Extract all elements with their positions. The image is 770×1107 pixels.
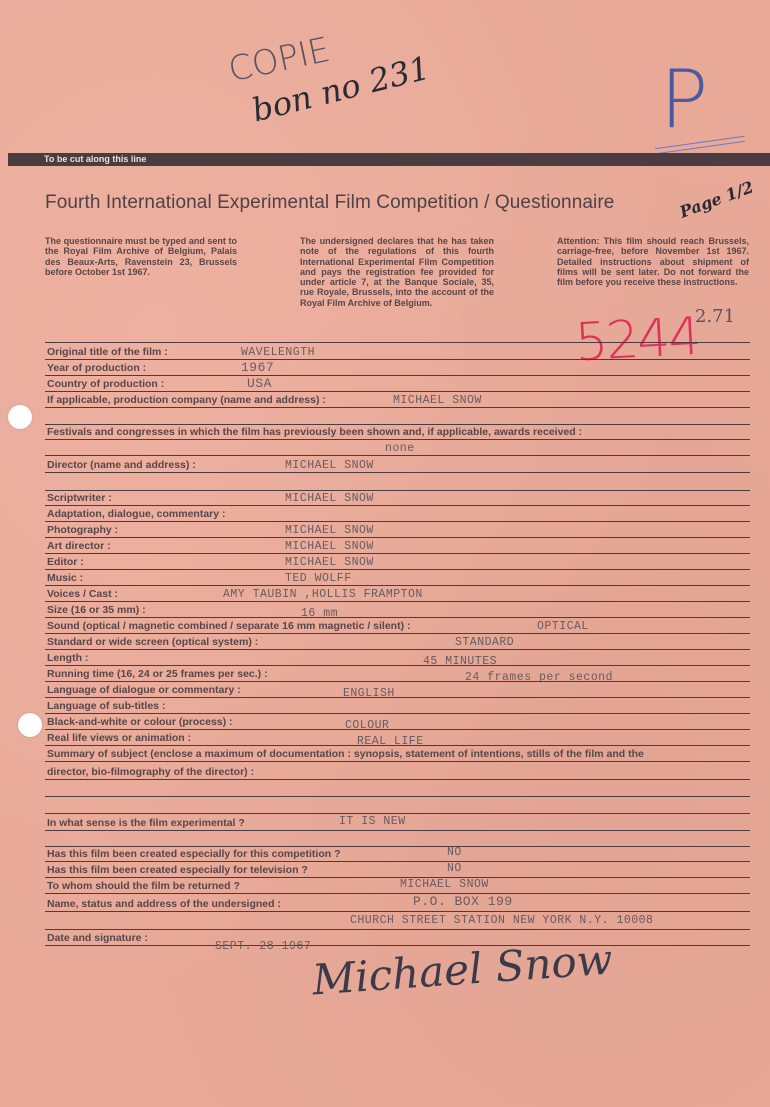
field-label: Language of dialogue or commentary : (47, 684, 241, 696)
field-label: Year of production : (47, 362, 146, 374)
notice-declaration: The undersigned declares that he has tak… (300, 236, 494, 308)
page-title: Fourth International Experimental Film C… (45, 192, 614, 214)
field-value: CHURCH STREET STATION NEW YORK N.Y. 1000… (350, 914, 653, 927)
field-label: Name, status and address of the undersig… (47, 898, 281, 910)
field-language-subtitles[interactable]: Language of sub-titles : (45, 698, 750, 714)
field-value: NO (447, 862, 462, 875)
field-value: none (385, 442, 415, 455)
field-label: Sound (optical / magnetic combined / sep… (47, 620, 411, 632)
field-label: Festivals and congresses in which the fi… (47, 426, 582, 438)
summary-blank-line (45, 796, 750, 797)
field-label: Country of production : (47, 378, 164, 390)
field-festivals[interactable]: Festivals and congresses in which the fi… (45, 424, 750, 440)
field-production-company[interactable]: If applicable, production company (name … (45, 392, 750, 408)
field-for-television[interactable]: Has this film been created especially fo… (45, 862, 750, 878)
field-festivals-value-line[interactable]: none (45, 440, 750, 456)
field-value: NO (447, 846, 462, 859)
field-value: SEPT. 28 1967 (215, 940, 311, 953)
field-scriptwriter[interactable]: Scriptwriter : MICHAEL SNOW (45, 490, 750, 506)
punch-hole-bottom (18, 713, 42, 737)
field-value: OPTICAL (537, 620, 589, 633)
field-label: Has this film been created especially fo… (47, 848, 341, 860)
field-year[interactable]: Year of production : 1967 (45, 360, 750, 376)
notice-attention: Attention: This film should reach Brusse… (557, 236, 749, 287)
field-undersigned[interactable]: Name, status and address of the undersig… (45, 894, 750, 912)
pencil-number: 2.71 (695, 306, 735, 327)
field-photography[interactable]: Photography : MICHAEL SNOW (45, 522, 750, 538)
field-label: Music : (47, 572, 83, 584)
field-value: 1967 (241, 360, 274, 375)
field-label: Size (16 or 35 mm) : (47, 604, 146, 616)
field-value: WAVELENGTH (241, 346, 315, 359)
field-value: MICHAEL SNOW (285, 524, 374, 537)
field-value: IT IS NEW (339, 815, 406, 828)
field-label: Art director : (47, 540, 111, 552)
field-label: Original title of the film : (47, 346, 168, 358)
cut-line-text: To be cut along this line (44, 154, 146, 164)
field-label: Photography : (47, 524, 118, 536)
field-size[interactable]: Size (16 or 35 mm) : 16 mm (45, 602, 750, 618)
field-label: To whom should the film be returned ? (47, 880, 240, 892)
field-label: Length : (47, 652, 88, 664)
page-number-annotation: Page 1/2 (677, 177, 756, 221)
field-adaptation[interactable]: Adaptation, dialogue, commentary : (45, 506, 750, 522)
field-return-to[interactable]: To whom should the film be returned ? MI… (45, 878, 750, 894)
field-label: Scriptwriter : (47, 492, 112, 504)
field-music[interactable]: Music : TED WOLFF (45, 570, 750, 586)
field-label: Has this film been created especially fo… (47, 864, 308, 876)
field-sound[interactable]: Sound (optical / magnetic combined / sep… (45, 618, 750, 634)
corner-p-mark: P (660, 60, 708, 140)
field-original-title[interactable]: Original title of the film : WAVELENGTH (45, 344, 750, 360)
field-voices-cast[interactable]: Voices / Cast : AMY TAUBIN ,HOLLIS FRAMP… (45, 586, 750, 602)
field-label: Adaptation, dialogue, commentary : (47, 508, 226, 520)
field-label: In what sense is the film experimental ? (47, 817, 245, 829)
field-value: MICHAEL SNOW (393, 394, 482, 407)
field-value: MICHAEL SNOW (285, 492, 374, 505)
field-value: MICHAEL SNOW (285, 459, 374, 472)
field-for-competition[interactable]: Has this film been created especially fo… (45, 846, 750, 862)
field-real-life[interactable]: Real life views or animation : REAL LIFE (45, 730, 750, 746)
field-value: STANDARD (455, 636, 514, 649)
field-label: Voices / Cast : (47, 588, 118, 600)
field-label: Running time (16, 24 or 25 frames per se… (47, 668, 268, 680)
field-colour[interactable]: Black-and-white or colour (process) : CO… (45, 714, 750, 730)
field-art-director[interactable]: Art director : MICHAEL SNOW (45, 538, 750, 554)
field-value: AMY TAUBIN ,HOLLIS FRAMPTON (223, 588, 423, 601)
field-country[interactable]: Country of production : USA (45, 376, 750, 392)
field-undersigned-address-line[interactable]: CHURCH STREET STATION NEW YORK N.Y. 1000… (45, 912, 750, 930)
field-value: MICHAEL SNOW (400, 878, 489, 891)
field-date-signature[interactable]: Date and signature : SEPT. 28 1967 (45, 930, 750, 946)
field-label: Black-and-white or colour (process) : (47, 716, 233, 728)
notice-submission: The questionnaire must be typed and sent… (45, 236, 237, 277)
punch-hole-top (8, 405, 32, 429)
field-running-time[interactable]: Running time (16, 24 or 25 frames per se… (45, 666, 750, 682)
field-summary-line1[interactable]: Summary of subject (enclose a maximum of… (45, 746, 750, 762)
field-label: Summary of subject (enclose a maximum of… (47, 748, 644, 760)
field-label: Language of sub-titles : (47, 700, 165, 712)
field-label: Date and signature : (47, 932, 148, 944)
field-language-dialogue[interactable]: Language of dialogue or commentary : ENG… (45, 682, 750, 698)
field-label: Editor : (47, 556, 84, 568)
field-value: P.O. BOX 199 (413, 894, 513, 909)
field-label: Real life views or animation : (47, 732, 191, 744)
field-label: Standard or wide screen (optical system)… (47, 636, 258, 648)
field-summary-line2[interactable]: director, bio-filmography of the directo… (45, 762, 750, 780)
field-label: director, bio-filmography of the directo… (47, 766, 254, 778)
field-value: MICHAEL SNOW (285, 540, 374, 553)
cut-line-bar: To be cut along this line (8, 153, 770, 166)
field-length[interactable]: Length : 45 MINUTES (45, 650, 750, 666)
field-experimental[interactable]: In what sense is the film experimental ?… (45, 813, 750, 831)
rule-top (45, 342, 750, 343)
field-value: USA (247, 376, 272, 391)
field-value: MICHAEL SNOW (285, 556, 374, 569)
field-label: If applicable, production company (name … (47, 394, 326, 406)
field-screen[interactable]: Standard or wide screen (optical system)… (45, 634, 750, 650)
field-editor[interactable]: Editor : MICHAEL SNOW (45, 554, 750, 570)
field-label: Director (name and address) : (47, 459, 196, 471)
field-value: TED WOLFF (285, 572, 352, 585)
field-director[interactable]: Director (name and address) : MICHAEL SN… (45, 456, 750, 473)
